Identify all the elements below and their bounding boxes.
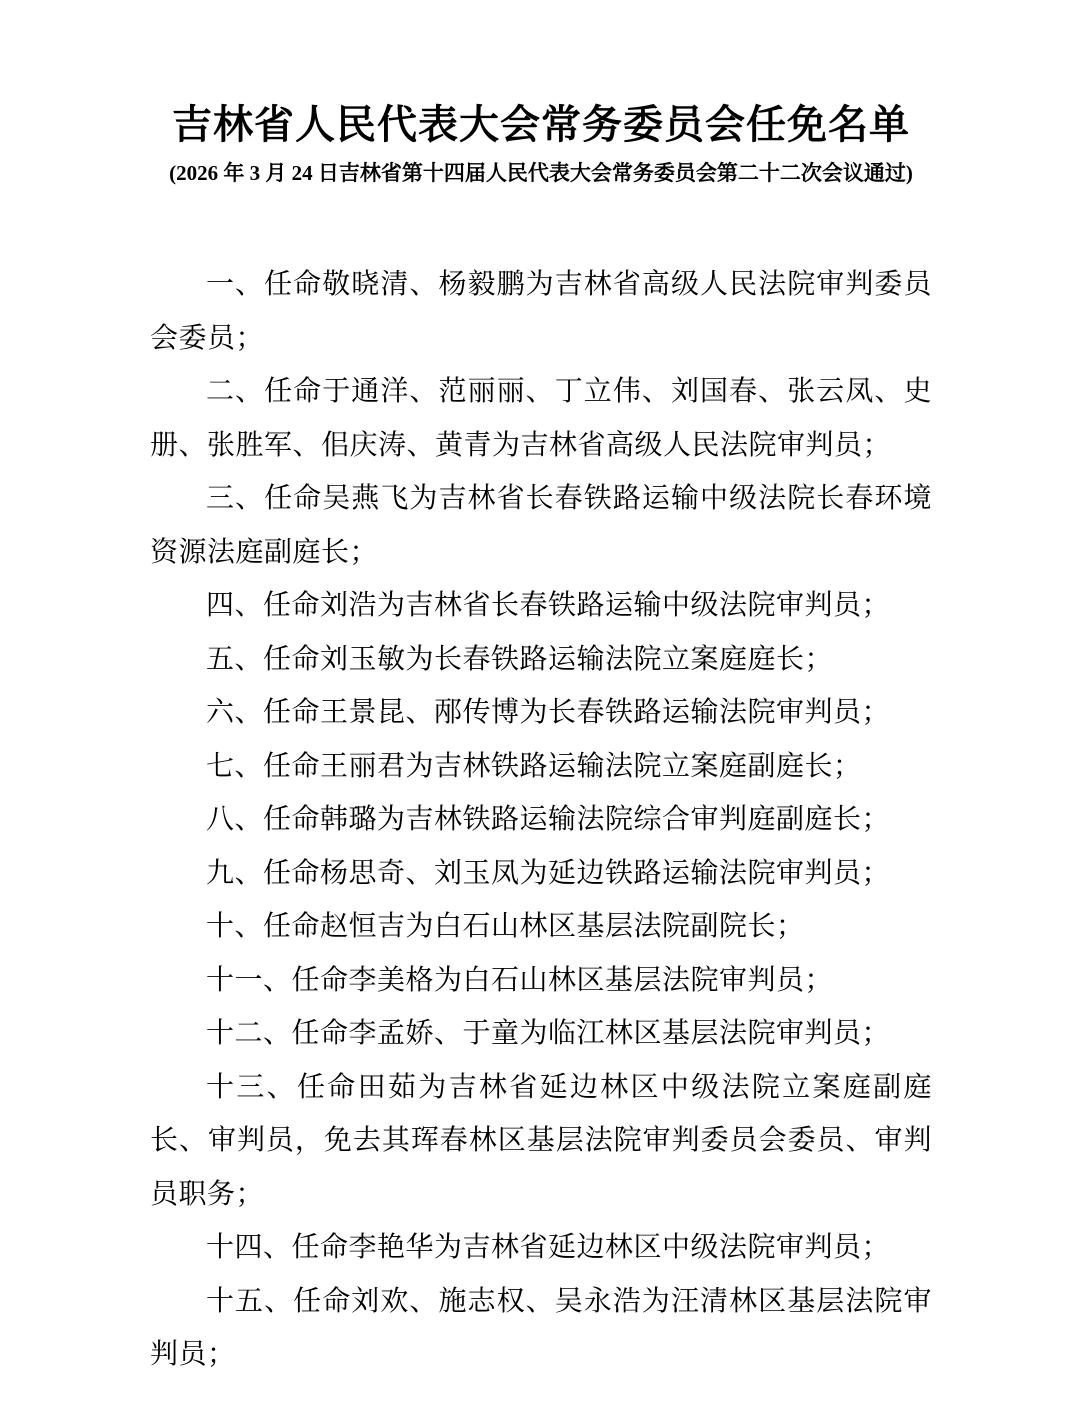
document-body: 一、任命敬晓清、杨毅鹏为吉林省高级人民法院审判委员会委员； 二、任命于通洋、范丽… <box>150 258 932 1382</box>
paragraph: 四、任命刘浩为吉林省长春铁路运输中级法院审判员； <box>150 579 932 633</box>
paragraph: 二、任命于通洋、范丽丽、丁立伟、刘国春、张云凤、史册、张胜军、佀庆涛、黄青为吉林… <box>150 365 932 472</box>
paragraph: 十四、任命李艳华为吉林省延边林区中级法院审判员； <box>150 1221 932 1275</box>
paragraph: 五、任命刘玉敏为长春铁路运输法院立案庭庭长； <box>150 633 932 687</box>
paragraph: 十三、任命田茹为吉林省延边林区中级法院立案庭副庭长、审判员，免去其珲春林区基层法… <box>150 1061 932 1222</box>
paragraph: 十、任命赵恒吉为白石山林区基层法院副院长； <box>150 900 932 954</box>
paragraph: 七、任命王丽君为吉林铁路运输法院立案庭副庭长； <box>150 740 932 794</box>
paragraph: 三、任命吴燕飞为吉林省长春铁路运输中级法院长春环境资源法庭副庭长； <box>150 472 932 579</box>
paragraph: 九、任命杨思奇、刘玉凤为延边铁路运输法院审判员； <box>150 847 932 901</box>
paragraph: 十二、任命李孟娇、于童为临江林区基层法院审判员； <box>150 1007 932 1061</box>
paragraph: 十五、任命刘欢、施志权、吴永浩为汪清林区基层法院审判员； <box>150 1275 932 1382</box>
page-title: 吉林省人民代表大会常务委员会任免名单 <box>150 0 932 152</box>
paragraph: 一、任命敬晓清、杨毅鹏为吉林省高级人民法院审判委员会委员； <box>150 258 932 365</box>
document-content: 吉林省人民代表大会常务委员会任免名单 (2026 年 3 月 24 日吉林省第十… <box>0 0 1080 1382</box>
paragraph: 八、任命韩璐为吉林铁路运输法院综合审判庭副庭长； <box>150 793 932 847</box>
document-page: 吉林省人民代表大会常务委员会任免名单 (2026 年 3 月 24 日吉林省第十… <box>0 0 1080 1403</box>
paragraph: 六、任命王景昆、邴传博为长春铁路运输法院审判员； <box>150 686 932 740</box>
page-subtitle: (2026 年 3 月 24 日吉林省第十四届人民代表大会常务委员会第二十二次会… <box>150 158 932 188</box>
paragraph: 十一、任命李美格为白石山林区基层法院审判员； <box>150 954 932 1008</box>
